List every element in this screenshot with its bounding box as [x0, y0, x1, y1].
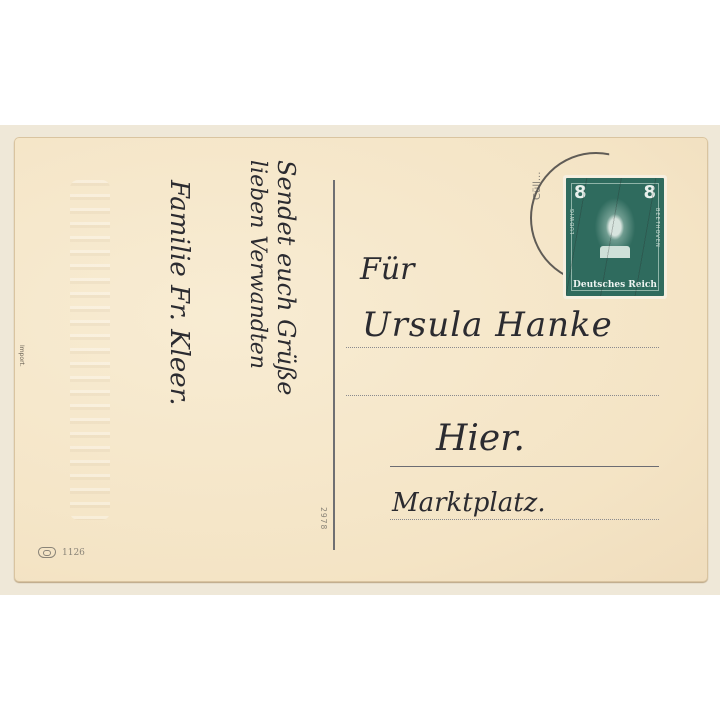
stamp-country: Deutsches Reich [566, 280, 664, 290]
stamp-side-right: BEETHOVEN [654, 208, 660, 248]
print-number: 2978 [319, 507, 328, 530]
publisher-mark: 1126 [38, 547, 85, 558]
beethoven-portrait-icon [592, 194, 638, 254]
stamp-value-left: 8 [574, 182, 587, 203]
message-signature: Familie Fr. Kleer. [164, 180, 194, 406]
stamp-value-right: 8 [643, 182, 656, 203]
postmark-text: Cüll... [532, 172, 543, 200]
address-city: Hier. [436, 418, 525, 459]
message-line-2: lieben Verwandten [245, 160, 270, 369]
address-street: Marktplatz. [392, 488, 546, 518]
stamp-side-left: LUDWIG [570, 208, 576, 234]
address-recipient: Ursula Hanke [362, 305, 613, 345]
publisher-number: 1126 [62, 548, 85, 558]
message-line-1: Sendet euch Grüße [272, 160, 300, 395]
import-label: Import. [18, 345, 25, 367]
heart-logo-icon [38, 547, 56, 558]
address-line-2 [346, 395, 659, 396]
embossed-border [70, 180, 110, 520]
address-salutation: Für [360, 252, 414, 287]
address-line-1 [346, 347, 659, 348]
divider-line [333, 180, 335, 550]
address-line-4 [390, 519, 659, 520]
address-line-3 [390, 466, 659, 467]
postage-stamp: 8 8 LUDWIG BEETHOVEN Deutsches Reich [566, 178, 664, 296]
portrait-collar [600, 246, 630, 258]
